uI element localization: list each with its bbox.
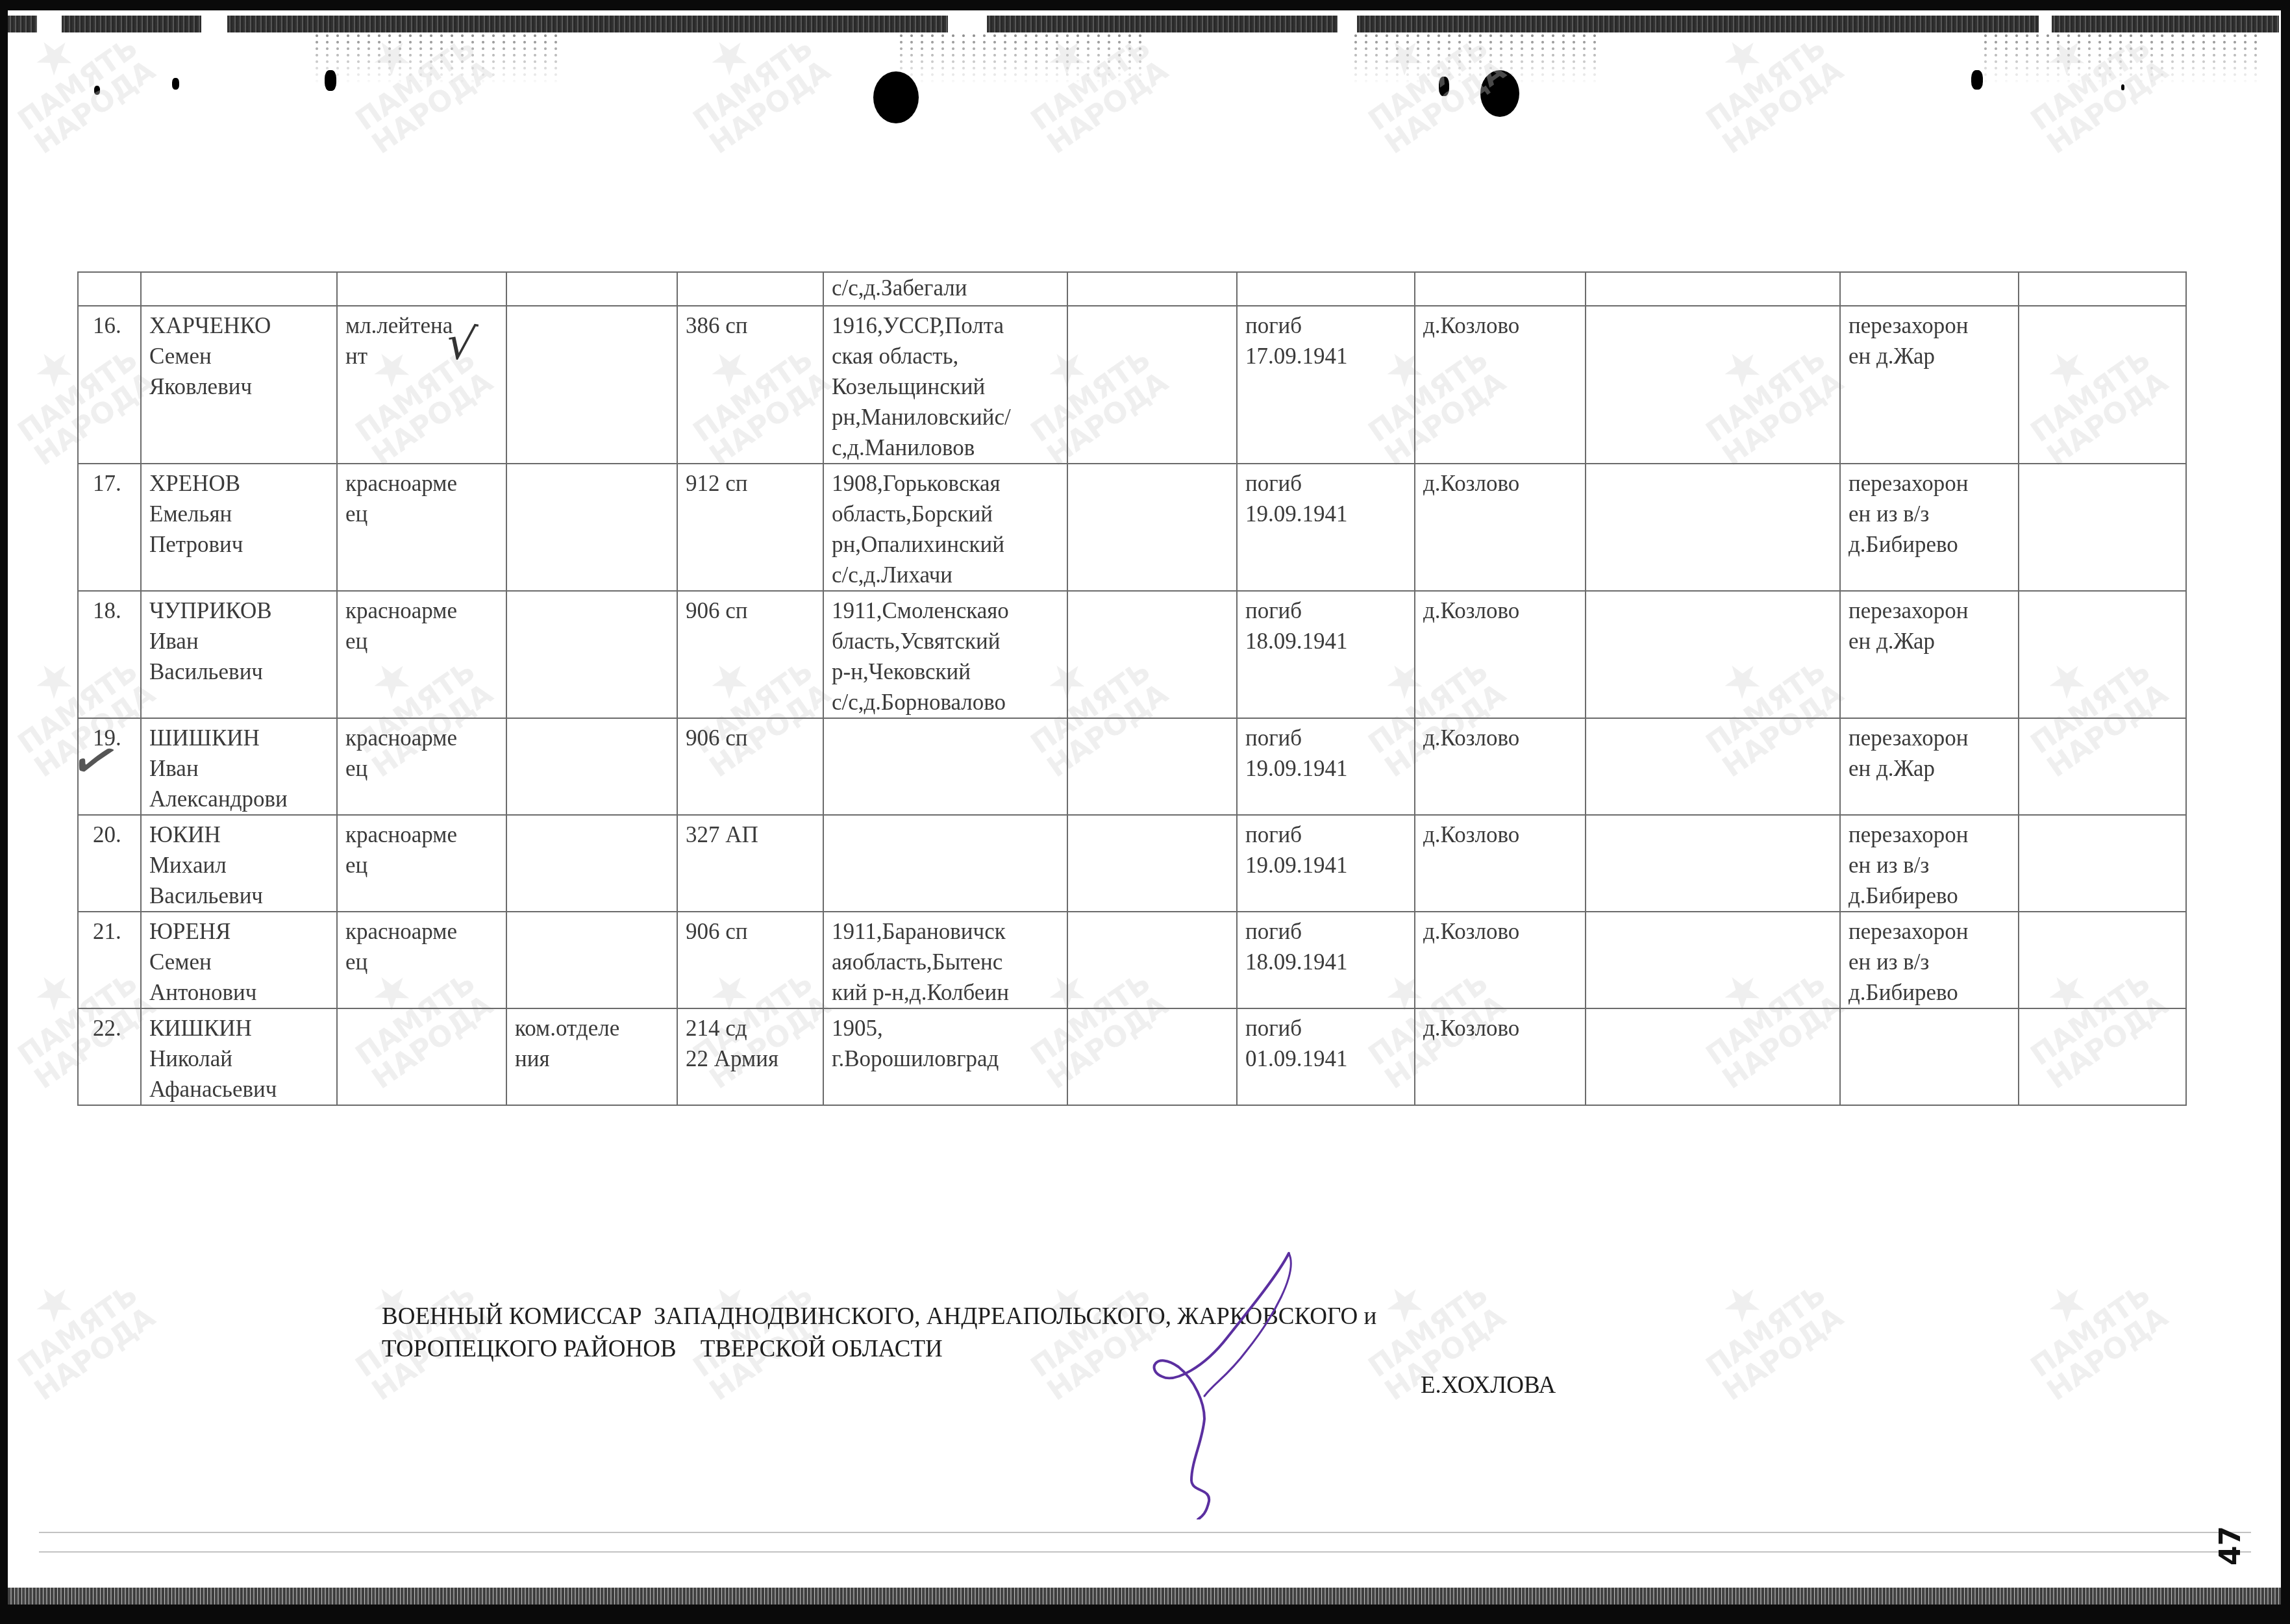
table-cell [2019, 272, 2186, 306]
table-cell [1586, 272, 1840, 306]
cell-blank [1586, 306, 1840, 464]
cell-row-number: 17. [78, 464, 141, 591]
cell-position [506, 815, 677, 912]
cell-full-name: ШИШКИН Иван Александрови [141, 718, 337, 815]
table-cell [506, 272, 677, 306]
table-row-continuation: с/с,д.Забегали [78, 272, 2186, 306]
cell-blank [1067, 464, 1237, 591]
cell-blank [2019, 591, 2186, 718]
cell-rank: красноарме ец [337, 815, 506, 912]
cell-military-unit: 906 сп [677, 718, 823, 815]
cell-military-unit: 327 АП [677, 815, 823, 912]
cell-birth-info: 1911,Смоленскаяо бласть,Усвятский р-н,Че… [823, 591, 1067, 718]
cell-burial-place: д.Козлово [1415, 912, 1586, 1008]
cell-position: ком.отделе ния [506, 1008, 677, 1105]
scan-border-left [0, 0, 8, 1624]
cell-full-name: ХАРЧЕНКО Семен Яковлевич [141, 306, 337, 464]
table-cell [1237, 272, 1415, 306]
punch-hole [1480, 70, 1519, 117]
scan-noise [1350, 32, 1597, 84]
table-cell [677, 272, 823, 306]
punch-hole [873, 71, 919, 123]
cell-burial-place: д.Козлово [1415, 1008, 1586, 1105]
cell-rank: красноарме ец [337, 912, 506, 1008]
cell-full-name: ЮРЕНЯ Семен Антонович [141, 912, 337, 1008]
table-cell [1415, 272, 1586, 306]
cell-full-name: ХРЕНОВ Емельян Петрович [141, 464, 337, 591]
cell-military-unit: 386 сп [677, 306, 823, 464]
cell-blank [1586, 815, 1840, 912]
cell-reburial-note: перезахорон ен д.Жар [1840, 718, 2019, 815]
cell-row-number: 21. [78, 912, 141, 1008]
cell-burial-place: д.Козлово [1415, 464, 1586, 591]
scan-noise [39, 1551, 2251, 1553]
scan-border-right [2281, 0, 2290, 1624]
cell-reburial-note: перезахорон ен д.Жар [1840, 306, 2019, 464]
scan-border-top [0, 0, 2290, 10]
watermark-text: ПАМЯТЬ НАРОДА [1700, 1278, 1850, 1407]
cell-fate: погиб 18.09.1941 [1237, 912, 1415, 1008]
cell-position [506, 591, 677, 718]
signatory-name: Е.ХОХЛОВА [1421, 1371, 1556, 1399]
watermark-text: ПАМЯТЬ НАРОДА [688, 31, 837, 160]
cell-position [506, 464, 677, 591]
watermark: ★ПАМЯТЬ НАРОДА [2000, 1247, 2182, 1429]
cell-row-number: 16. [78, 306, 141, 464]
table-row: 17.ХРЕНОВ Емельян Петровичкрасноарме ец9… [78, 464, 2186, 591]
cell-blank [1067, 306, 1237, 464]
cell-position [506, 306, 677, 464]
burial-roster-table: с/с,д.Забегали16.ХАРЧЕНКО Семен Яковлеви… [77, 271, 2187, 1106]
cell-reburial-note: перезахорон ен д.Жар [1840, 591, 2019, 718]
cell-blank [1586, 912, 1840, 1008]
speck [325, 70, 336, 91]
page-number: 47 [2214, 1526, 2247, 1566]
table-row: 21.ЮРЕНЯ Семен Антоновичкрасноарме ец906… [78, 912, 2186, 1008]
cell-blank [1586, 1008, 1840, 1105]
scan-noise [1357, 16, 2039, 32]
table-row: 22.КИШКИН Николай Афанасьевичком.отделе … [78, 1008, 2186, 1105]
speck [2121, 84, 2124, 90]
cell-blank [1586, 464, 1840, 591]
cell-burial-place: д.Козлово [1415, 591, 1586, 718]
watermark-text: ПАМЯТЬ НАРОДА [12, 1278, 162, 1407]
cell-blank [1067, 815, 1237, 912]
cell-fate: погиб 19.09.1941 [1237, 464, 1415, 591]
star-icon: ★ [1676, 1247, 1808, 1359]
cell-full-name: ЮКИН Михаил Васильевич [141, 815, 337, 912]
cell-blank [2019, 912, 2186, 1008]
speck [1971, 70, 1983, 90]
cell-birth-info: 1911,Барановичск аяобласть,Бытенс кий р-… [823, 912, 1067, 1008]
scan-noise [8, 16, 37, 32]
cell-fate: погиб 19.09.1941 [1237, 815, 1415, 912]
table-row: 19.ШИШКИН Иван Александровикрасноарме ец… [78, 718, 2186, 815]
signatory-title-line2: ТОРОПЕЦКОГО РАЙОНОВ ТВЕРСКОЙ ОБЛАСТИ [382, 1336, 943, 1362]
cell-military-unit: 906 сп [677, 912, 823, 1008]
cell-blank [2019, 1008, 2186, 1105]
table-row: 16.ХАРЧЕНКО Семен Яковлевичмл.лейтена нт… [78, 306, 2186, 464]
cell-blank [1067, 912, 1237, 1008]
cell-blank [1586, 591, 1840, 718]
handwritten-signature [1065, 1247, 1312, 1519]
scan-border-bottom [0, 1605, 2290, 1624]
cell-rank [337, 1008, 506, 1105]
watermark: ★ПАМЯТЬ НАРОДА [1676, 1247, 1857, 1429]
cell-burial-place: д.Козлово [1415, 306, 1586, 464]
table-cell [1067, 272, 1237, 306]
cell-position [506, 912, 677, 1008]
cell-military-unit: 214 сд 22 Армия [677, 1008, 823, 1105]
cell-row-number: 18. [78, 591, 141, 718]
cell-fate: погиб 19.09.1941 [1237, 718, 1415, 815]
scan-noise [8, 1588, 2281, 1605]
star-icon: ★ [0, 1247, 120, 1359]
cell-position [506, 718, 677, 815]
cell-rank: красноарме ец [337, 464, 506, 591]
table-cell [1840, 272, 2019, 306]
cell-birth-info [823, 718, 1067, 815]
cell-blank [2019, 815, 2186, 912]
cell-row-number: 22. [78, 1008, 141, 1105]
cell-birth-info [823, 815, 1067, 912]
scan-noise [987, 16, 1338, 32]
cell-reburial-note [1840, 1008, 2019, 1105]
cell-blank [2019, 718, 2186, 815]
cell-birth-info: 1908,Горьковская область,Борский рн,Опал… [823, 464, 1067, 591]
cell-fate: погиб 01.09.1941 [1237, 1008, 1415, 1105]
cell-military-unit: 912 сп [677, 464, 823, 591]
cell-blank [2019, 464, 2186, 591]
cell-rank: красноарме ец [337, 718, 506, 815]
cell-full-name: ЧУПРИКОВ Иван Васильевич [141, 591, 337, 718]
cell-rank: мл.лейтена нт [337, 306, 506, 464]
cell-burial-place: д.Козлово [1415, 718, 1586, 815]
cell-birth-info: 1916,УССР,Полта ская область, Козельщинс… [823, 306, 1067, 464]
watermark-text: ПАМЯТЬ НАРОДА [1700, 31, 1850, 160]
table-cell [78, 272, 141, 306]
cell-fate: погиб 18.09.1941 [1237, 591, 1415, 718]
star-icon: ★ [2000, 1247, 2133, 1359]
cell-blank [1067, 1008, 1237, 1105]
scan-noise [896, 32, 1143, 84]
cell-blank [2019, 306, 2186, 464]
table-cell [141, 272, 337, 306]
speck [94, 86, 100, 95]
scan-noise [62, 16, 201, 32]
cell-military-unit: 906 сп [677, 591, 823, 718]
speck [172, 78, 179, 90]
cell-full-name: КИШКИН Николай Афанасьевич [141, 1008, 337, 1105]
watermark-text: ПАМЯТЬ НАРОДА [2025, 1278, 2174, 1407]
scan-noise [1980, 32, 2259, 84]
scan-noise [227, 16, 948, 32]
table-cell [337, 272, 506, 306]
scan-noise [2052, 16, 2279, 32]
table-row: 18.ЧУПРИКОВ Иван Васильевичкрасноарме ец… [78, 591, 2186, 718]
cell-reburial-note: перезахорон ен из в/з д.Бибирево [1840, 815, 2019, 912]
cell-rank: красноарме ец [337, 591, 506, 718]
scan-noise [39, 1532, 2251, 1533]
cell-fate: погиб 17.09.1941 [1237, 306, 1415, 464]
cell-reburial-note: перезахорон ен из в/з д.Бибирево [1840, 912, 2019, 1008]
scan-noise [312, 32, 558, 84]
watermark: ★ПАМЯТЬ НАРОДА [0, 1247, 168, 1429]
cell-blank [1067, 718, 1237, 815]
table-cell: с/с,д.Забегали [823, 272, 1067, 306]
cell-reburial-note: перезахорон ен из в/з д.Бибирево [1840, 464, 2019, 591]
speck [1439, 77, 1449, 96]
cell-blank [1586, 718, 1840, 815]
cell-row-number: 20. [78, 815, 141, 912]
cell-blank [1067, 591, 1237, 718]
cell-birth-info: 1905, г.Ворошиловград [823, 1008, 1067, 1105]
watermark-text: ПАМЯТЬ НАРОДА [12, 31, 162, 160]
table-row: 20.ЮКИН Михаил Васильевичкрасноарме ец32… [78, 815, 2186, 912]
cell-burial-place: д.Козлово [1415, 815, 1586, 912]
